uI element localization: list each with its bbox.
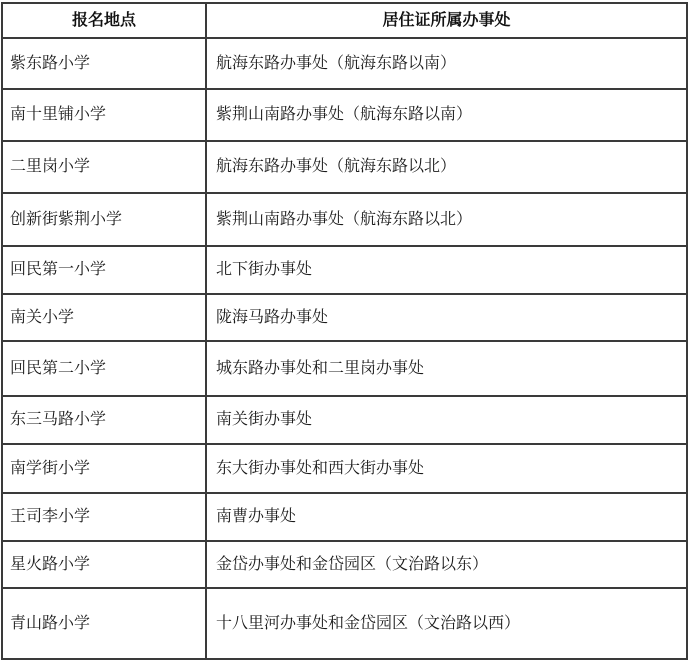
table-row: 南学街小学 东大街办事处和西大街办事处: [2, 444, 687, 493]
office-cell: 南曹办事处: [206, 493, 687, 541]
school-cell: 回民第一小学: [2, 246, 206, 294]
office-cell: 陇海马路办事处: [206, 294, 687, 341]
table-row: 南关小学 陇海马路办事处: [2, 294, 687, 341]
office-cell: 金岱办事处和金岱园区（文治路以东）: [206, 541, 687, 588]
table-row: 二里岗小学 航海东路办事处（航海东路以北）: [2, 141, 687, 193]
table-row: 回民第二小学 城东路办事处和二里岗办事处: [2, 341, 687, 396]
office-cell: 东大街办事处和西大街办事处: [206, 444, 687, 493]
table-row: 创新街紫荆小学 紫荆山南路办事处（航海东路以北）: [2, 193, 687, 246]
office-cell: 十八里河办事处和金岱园区（文治路以西）: [206, 588, 687, 659]
office-cell: 城东路办事处和二里岗办事处: [206, 341, 687, 396]
header-row: 报名地点 居住证所属办事处: [2, 3, 687, 38]
school-cell: 南关小学: [2, 294, 206, 341]
school-cell: 南学街小学: [2, 444, 206, 493]
office-cell: 紫荆山南路办事处（航海东路以北）: [206, 193, 687, 246]
school-cell: 紫东路小学: [2, 38, 206, 89]
office-cell: 北下街办事处: [206, 246, 687, 294]
col-header-location: 报名地点: [2, 3, 206, 38]
office-cell: 南关街办事处: [206, 396, 687, 444]
school-cell: 星火路小学: [2, 541, 206, 588]
table-row: 南十里铺小学 紫荆山南路办事处（航海东路以南）: [2, 89, 687, 141]
table-row: 星火路小学 金岱办事处和金岱园区（文治路以东）: [2, 541, 687, 588]
office-cell: 航海东路办事处（航海东路以南）: [206, 38, 687, 89]
school-cell: 东三马路小学: [2, 396, 206, 444]
registration-office-table: 报名地点 居住证所属办事处 紫东路小学 航海东路办事处（航海东路以南） 南十里铺…: [1, 2, 688, 660]
table-row: 回民第一小学 北下街办事处: [2, 246, 687, 294]
table-row: 王司李小学 南曹办事处: [2, 493, 687, 541]
school-cell: 王司李小学: [2, 493, 206, 541]
table-row: 紫东路小学 航海东路办事处（航海东路以南）: [2, 38, 687, 89]
school-cell: 创新街紫荆小学: [2, 193, 206, 246]
school-cell: 青山路小学: [2, 588, 206, 659]
school-cell: 二里岗小学: [2, 141, 206, 193]
col-header-office: 居住证所属办事处: [206, 3, 687, 38]
office-cell: 航海东路办事处（航海东路以北）: [206, 141, 687, 193]
school-cell: 回民第二小学: [2, 341, 206, 396]
office-cell: 紫荆山南路办事处（航海东路以南）: [206, 89, 687, 141]
table-row: 东三马路小学 南关街办事处: [2, 396, 687, 444]
table-row: 青山路小学 十八里河办事处和金岱园区（文治路以西）: [2, 588, 687, 659]
school-cell: 南十里铺小学: [2, 89, 206, 141]
